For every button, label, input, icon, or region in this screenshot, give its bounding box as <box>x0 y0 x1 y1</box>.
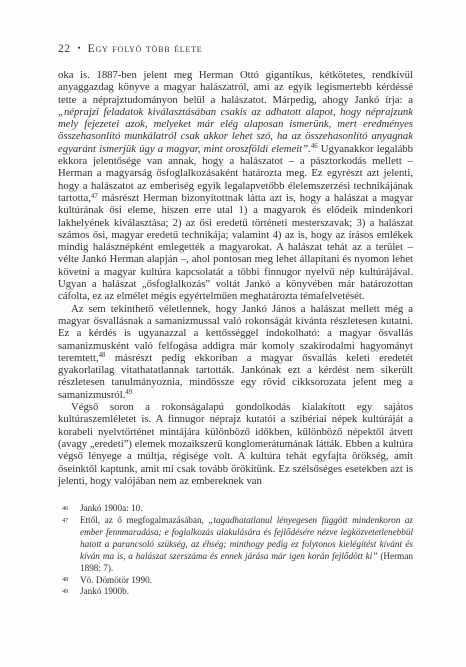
text-segment: másrészt pedig ekkoriban a magyar ősvall… <box>58 352 413 401</box>
body-paragraph: oka is. 1887-ben jelent meg Herman Ottó … <box>58 69 413 303</box>
page-body: oka is. 1887-ben jelent meg Herman Ottó … <box>58 69 413 487</box>
body-paragraph: Az sem tekinthető véletlennek, hogy Jank… <box>58 303 413 401</box>
body-paragraph: Végső soron a rokonságalapú gondolkodás … <box>58 401 413 487</box>
page-number: 22 <box>58 43 71 55</box>
text-segment: Végső soron a rokonságalapú gondolkodás … <box>58 401 413 487</box>
footnote-reference: 48 <box>99 352 106 359</box>
footnote-reference: 49 <box>125 389 132 396</box>
text-segment: Jankó 1900a: 10. <box>80 503 143 513</box>
footnote-marker: 48 <box>62 574 68 586</box>
text-segment: másrészt Herman bizonyítottnak látta azt… <box>58 192 413 302</box>
bullet-separator-icon: • <box>78 42 81 55</box>
text-segment: Jankó 1900b. <box>80 586 129 596</box>
running-title: Egy folyó több élete <box>88 43 203 55</box>
footnote-marker: 49 <box>62 586 68 598</box>
footnote: 47Ettől, az ő megfogalmazásában, „tagadh… <box>58 515 413 575</box>
text-block: 22•Egy folyó több élete oka is. 1887-ben… <box>58 42 413 598</box>
footnote-reference: 47 <box>91 193 98 200</box>
running-header: 22•Egy folyó több élete <box>58 42 413 56</box>
footnote: 48Vö. Dömötör 1990. <box>58 575 413 587</box>
footnote: 46Jankó 1900a: 10. <box>58 503 413 515</box>
footnote-marker: 46 <box>62 503 68 515</box>
book-page: 22•Egy folyó több élete oka is. 1887-ben… <box>0 0 466 667</box>
text-segment: oka is. 1887-ben jelent meg Herman Ottó … <box>58 69 413 106</box>
footnote: 49Jankó 1900b. <box>58 586 413 598</box>
footnotes: 46Jankó 1900a: 10.47Ettől, az ő megfogal… <box>58 503 413 598</box>
text-segment: Ettől, az ő megfogalmazásában, <box>80 515 208 525</box>
footnote-reference: 46 <box>311 143 318 150</box>
text-segment: Vö. Dömötör 1990. <box>80 575 152 585</box>
footnote-marker: 47 <box>62 515 68 527</box>
